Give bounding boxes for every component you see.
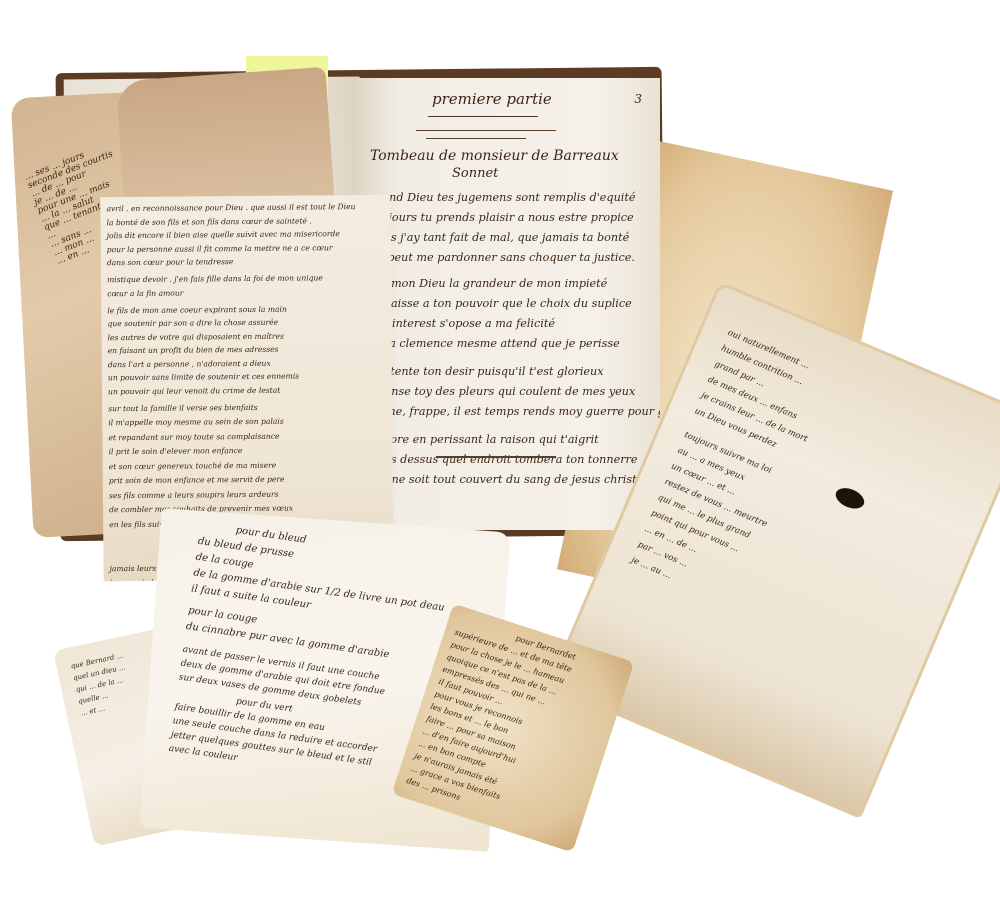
poem-line: ton interest s'opose a ma felicité — [370, 318, 660, 338]
poem-line: et ta clemence mesme attend que je peris… — [370, 338, 660, 366]
poem-line: qui ne soit tout couvert du sang de jesu… — [370, 474, 660, 494]
notebook-right-page: premiere partie 3 Tombeau de monsieur de… — [356, 78, 660, 530]
ink-blot — [833, 484, 868, 512]
letter-line: un pouvoir qui leur venoit du crime de l… — [108, 386, 357, 405]
poem-line: offense toy des pleurs qui coulent de me… — [370, 386, 660, 406]
manuscript-photo: n°f ... ses ... jours seconde des courti… — [0, 0, 1000, 900]
brown-folded-sheet — [116, 67, 335, 211]
poem-line: j'adore en perissant la raison qui t'aig… — [370, 434, 660, 454]
poem-line: ne peut me pardonner sans choquer ta jus… — [370, 252, 660, 278]
poem-title: Tombeau de monsieur de Barreaux — [370, 148, 619, 164]
poem-line: tonne, frappe, il est temps rends moy gu… — [370, 406, 660, 434]
poem-subtitle: Sonnet — [452, 166, 498, 181]
poem-line: toujours tu prends plaisir a nous estre … — [370, 212, 660, 232]
letter-line: cœur a la fin amour — [107, 288, 356, 307]
section-heading: premiere partie — [432, 90, 552, 108]
poem-line: ne laisse a ton pouvoir que le choix du … — [370, 298, 660, 318]
poem-line: contente ton desir puisqu'il t'est glori… — [370, 366, 660, 386]
poem-line: grand Dieu tes jugemens sont remplis d'e… — [370, 192, 660, 212]
poem-line: mais j'ay tant fait de mal, que jamais t… — [370, 232, 660, 252]
page-number: 3 — [634, 92, 642, 106]
poem-line: oui mon Dieu la grandeur de mon impieté — [370, 278, 660, 298]
